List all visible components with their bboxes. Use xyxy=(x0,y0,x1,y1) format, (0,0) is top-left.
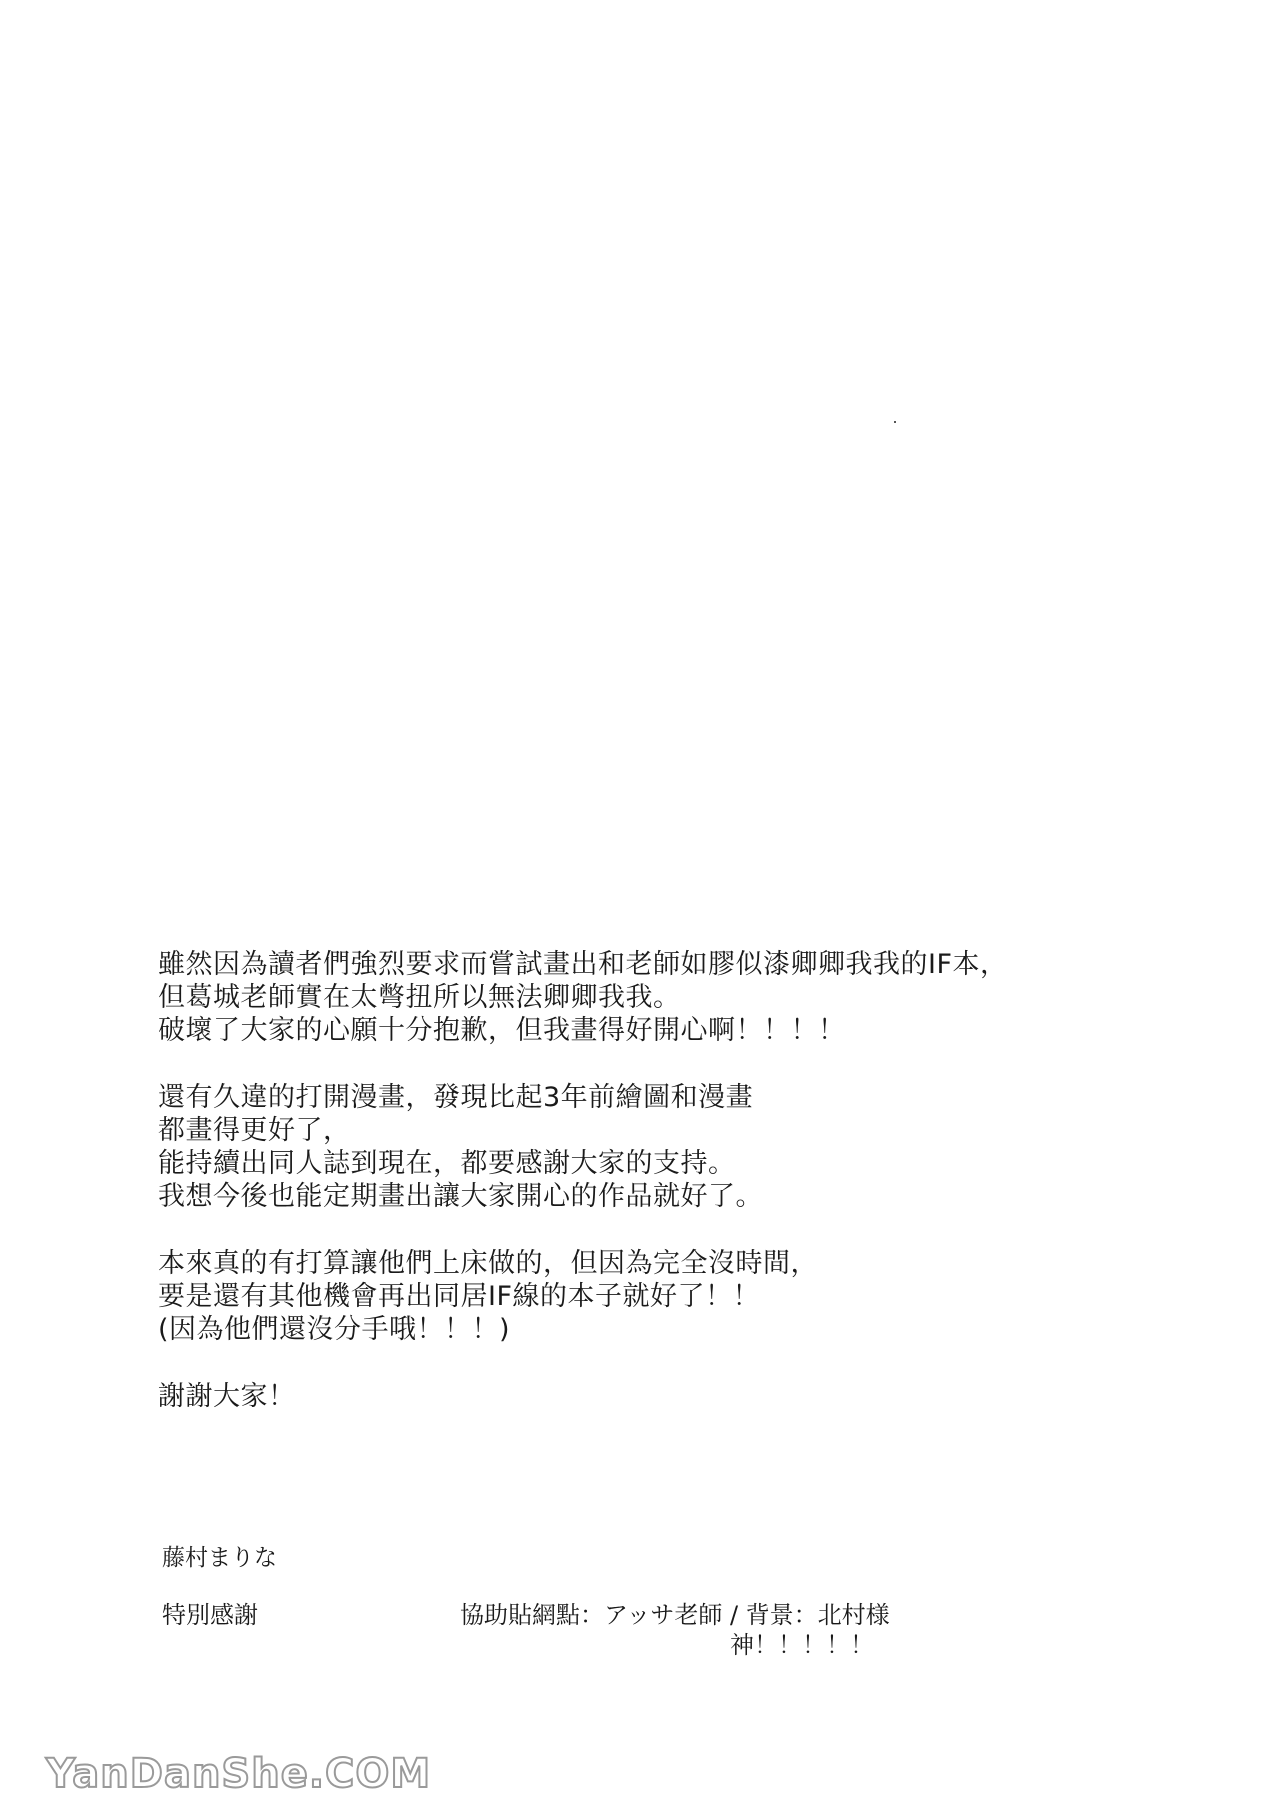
afterword-line: 還有久違的打開漫畫，發現比起3年前繪圖和漫畫 xyxy=(158,1081,1118,1114)
manga-afterword-page: 雖然因為讀者們強烈要求而嘗試畫出和老師如膠似漆卿卿我我的IF本， 但葛城老師實在… xyxy=(0,0,1280,1818)
scan-speck xyxy=(894,421,896,423)
afterword-line: 破壞了大家的心願十分抱歉，但我畫得好開心啊！！！！ xyxy=(158,1014,1118,1047)
afterword-line: 但葛城老師實在太彆扭所以無法卿卿我我。 xyxy=(158,981,1118,1014)
site-watermark: YanDanShe.COM xyxy=(46,1752,431,1796)
afterword-line: 能持續出同人誌到現在，都要感謝大家的支持。 xyxy=(158,1147,1118,1180)
afterword-line: 雖然因為讀者們強烈要求而嘗試畫出和老師如膠似漆卿卿我我的IF本， xyxy=(158,948,1118,981)
afterword-line: 都畫得更好了， xyxy=(158,1114,1118,1147)
special-thanks-detail: 協助貼網點：アッサ老師 / 背景：北村様 xyxy=(460,1600,890,1630)
afterword-text: 雖然因為讀者們強烈要求而嘗試畫出和老師如膠似漆卿卿我我的IF本， 但葛城老師實在… xyxy=(158,948,1118,1447)
afterword-line: (因為他們還沒分手哦！！！) xyxy=(158,1313,1118,1346)
afterword-paragraph-2: 還有久違的打開漫畫，發現比起3年前繪圖和漫畫 都畫得更好了， 能持續出同人誌到現… xyxy=(158,1081,1118,1213)
afterword-paragraph-4: 謝謝大家！ xyxy=(158,1380,1118,1413)
afterword-line: 我想今後也能定期畫出讓大家開心的作品就好了。 xyxy=(158,1180,1118,1213)
afterword-paragraph-3: 本來真的有打算讓他們上床做的，但因為完全沒時間， 要是還有其他機會再出同居IF線… xyxy=(158,1247,1118,1346)
author-signature: 藤村まりな xyxy=(162,1543,277,1573)
special-thanks-detail-continued: 神！！！！！ xyxy=(730,1630,874,1660)
afterword-paragraph-1: 雖然因為讀者們強烈要求而嘗試畫出和老師如膠似漆卿卿我我的IF本， 但葛城老師實在… xyxy=(158,948,1118,1047)
afterword-line: 謝謝大家！ xyxy=(158,1380,1118,1413)
afterword-line: 本來真的有打算讓他們上床做的，但因為完全沒時間， xyxy=(158,1247,1118,1280)
afterword-line: 要是還有其他機會再出同居IF線的本子就好了！！ xyxy=(158,1280,1118,1313)
special-thanks-label: 特別感謝 xyxy=(162,1600,258,1630)
